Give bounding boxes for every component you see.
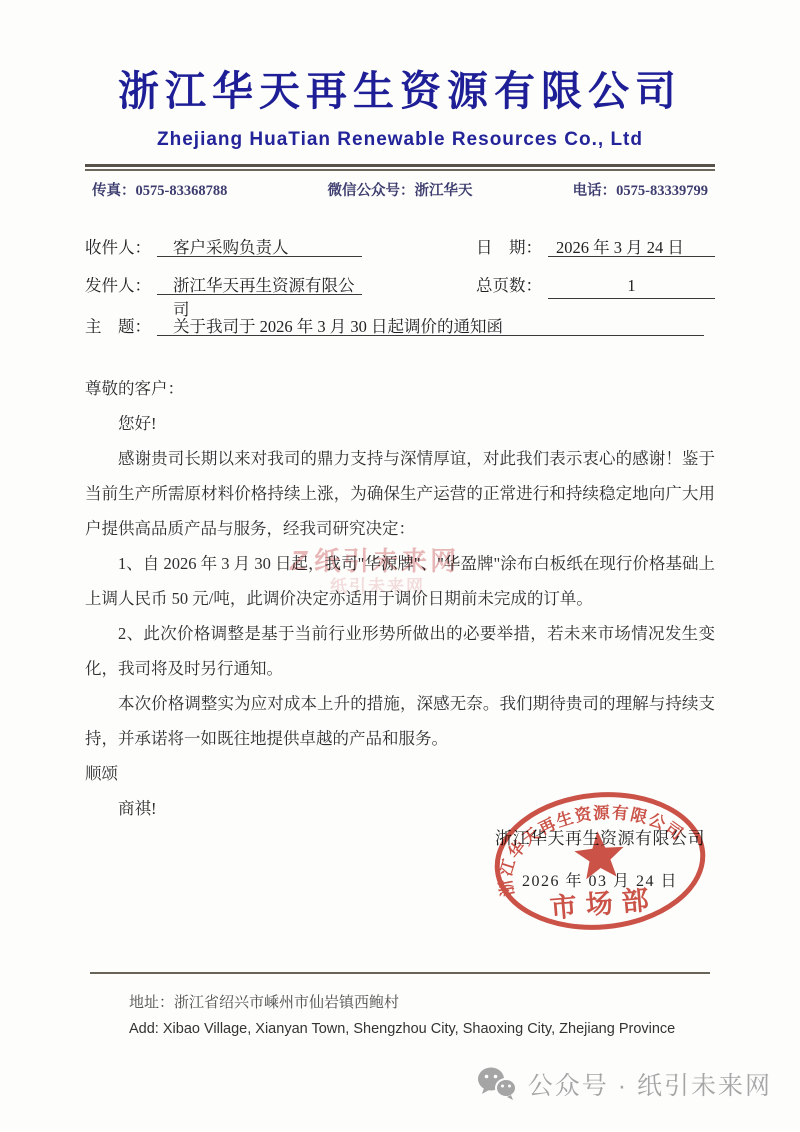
paragraph-item1: 1、自 2026 年 3 月 30 日起，我司"华源牌"、"华盈牌"涂布白板纸在… — [85, 546, 715, 616]
letter-page: 浙江华天再生资源有限公司 Zhejiang HuaTian Renewable … — [0, 0, 800, 1132]
date-value: 2026 年 3 月 24 日 — [548, 234, 715, 257]
wechat-account: 微信公众号：浙江华天 — [328, 179, 473, 200]
stamp-star-icon — [573, 829, 626, 880]
banner-text: 公众号 · 纸引未来网 — [528, 1066, 772, 1102]
address-cn: 地址：浙江省绍兴市嵊州市仙岩镇西鲍村 — [129, 990, 715, 1016]
letterhead-divider — [85, 164, 715, 171]
paragraph-thanks: 感谢贵司长期以来对我司的鼎力支持与深情厚谊，对此我们表示衷心的感谢！鉴于当前生产… — [85, 441, 715, 546]
address-en: Add: Xibao Village, Xianyan Town, Shengz… — [129, 1016, 715, 1042]
stamp-ring-text: 浙江华天再生资源有限公司 — [489, 795, 692, 898]
bottom-banner: 公众号 · 纸引未来网 — [476, 1066, 772, 1102]
footer-divider — [90, 972, 710, 974]
subject-value: 关于我司于 2026 年 3 月 30 日起调价的通知函 — [157, 313, 704, 336]
fax-number: 传真：0575-83368788 — [92, 179, 227, 200]
pages-label: 总页数： — [476, 272, 548, 296]
svg-text:浙江华天再生资源有限公司: 浙江华天再生资源有限公司 — [489, 795, 692, 898]
salutation: 尊敬的客户： — [85, 371, 715, 406]
company-name-en: Zhejiang HuaTian Renewable Resources Co.… — [0, 128, 800, 152]
company-stamp: 浙江华天再生资源有限公司 市场部 — [483, 776, 717, 947]
phone-number: 电话：0575-83339799 — [573, 179, 708, 200]
letter-meta: 收件人： 客户采购负责人 日 期： 2026 年 3 月 24 日 发件人： 浙… — [85, 234, 715, 337]
letterhead: 浙江华天再生资源有限公司 Zhejiang HuaTian Renewable … — [0, 0, 800, 152]
pages-value: 1 — [548, 276, 715, 299]
recipient-value: 客户采购负责人 — [157, 234, 362, 257]
meta-row-recipient-date: 收件人： 客户采购负责人 日 期： 2026 年 3 月 24 日 — [85, 234, 715, 258]
company-name-cn: 浙江华天再生资源有限公司 — [0, 66, 800, 116]
greeting: 您好! — [85, 406, 715, 441]
date-label: 日 期： — [476, 234, 548, 258]
recipient-label: 收件人： — [85, 234, 157, 258]
footer-address: 地址：浙江省绍兴市嵊州市仙岩镇西鲍村 Add: Xibao Village, X… — [85, 990, 715, 1042]
letter-body: 尊敬的客户： 您好! 感谢贵司长期以来对我司的鼎力支持与深情厚谊，对此我们表示衷… — [85, 371, 715, 826]
contact-row: 传真：0575-83368788 微信公众号：浙江华天 电话：0575-8333… — [92, 179, 708, 200]
subject-label: 主 题： — [85, 313, 157, 337]
paragraph-apology: 本次价格调整实为应对成本上升的措施，深感无奈。我们期待贵司的理解与持续支持，并承… — [85, 686, 715, 756]
sender-label: 发件人： — [85, 272, 157, 296]
wechat-icon — [476, 1066, 518, 1102]
paragraph-item2: 2、此次价格调整是基于当前行业形势所做出的必要举措，若未来市场情况发生变化，我司… — [85, 616, 715, 686]
sender-value: 浙江华天再生资源有限公司 — [157, 272, 362, 295]
meta-row-sender-pages: 发件人： 浙江华天再生资源有限公司 总页数： 1 — [85, 272, 715, 299]
meta-row-subject: 主 题： 关于我司于 2026 年 3 月 30 日起调价的通知函 — [85, 313, 715, 337]
